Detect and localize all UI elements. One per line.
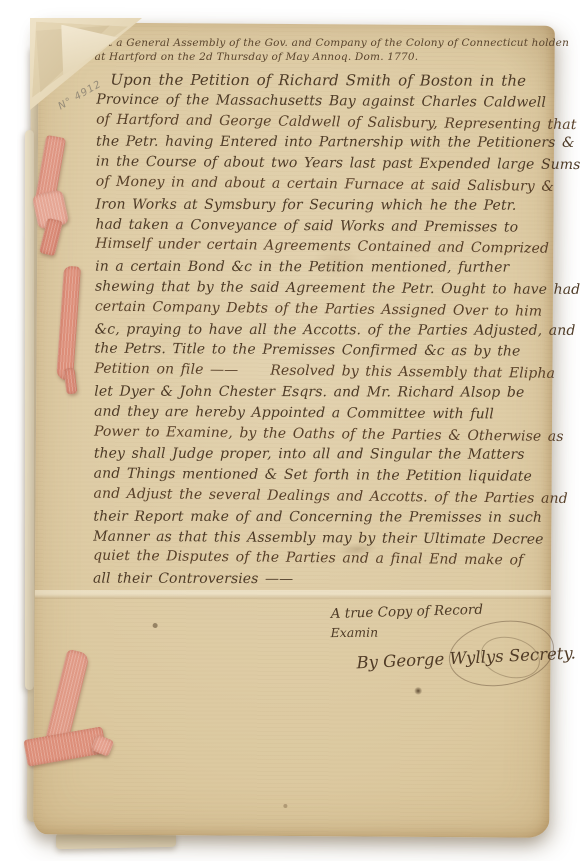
resolution-line: they shall Judge proper, into all and Si…	[94, 444, 550, 466]
attestation: A true Copy of Record Examin By George W…	[330, 602, 544, 668]
petition-line: Iron Works at Symsbury for Securing whic…	[96, 194, 552, 216]
resolution-line: all their Controversies ——	[93, 569, 549, 591]
petition-line: certain Company Debts of the Parties Ass…	[95, 296, 551, 322]
heading-line: At a General Assembly of the Gov. and Co…	[101, 36, 541, 50]
manuscript-page: At a General Assembly of the Gov. and Co…	[33, 22, 555, 838]
manuscript-body: Upon the Petition of Richard Smith of Bo…	[93, 69, 553, 592]
fold-crease	[35, 590, 551, 599]
resolution-line: their Report make of and Concerning the …	[93, 506, 549, 528]
secretary-signature: By George Wyllys Secrety.	[356, 645, 545, 673]
petition-line: in a certain Bond &c in the Petition men…	[95, 257, 551, 279]
ink-spot	[283, 804, 287, 808]
petition-closing: Petition on file ——	[94, 361, 238, 379]
examined-line: Examin	[331, 623, 545, 640]
heading-line: at Hartford on the 2d Thursday of May An…	[95, 50, 541, 64]
photograph: At a General Assembly of the Gov. and Co…	[0, 0, 580, 861]
petition-line: the Petr. having Entered into Partnershi…	[96, 132, 552, 154]
petition-line: of Money in and about a certain Furnace …	[96, 172, 552, 198]
ink-spot	[414, 687, 422, 695]
resolution-line: and Adjust the several Dealings and Acco…	[93, 484, 549, 510]
resolution-line: let Dyer & John Chester Esqrs. and Mr. R…	[94, 382, 550, 404]
petition-line: &c, praying to have all the Accotts. of …	[95, 319, 551, 341]
petition-line: Upon the Petition of Richard Smith of Bo…	[96, 70, 552, 92]
true-copy-line: A true Copy of Record	[331, 600, 545, 622]
resolution-opening: Resolved by this Assembly that Elipha	[270, 363, 555, 382]
ink-spot	[153, 623, 158, 628]
underlying-page-edge-left-inner	[25, 130, 34, 690]
assembly-heading: At a General Assembly of the Gov. and Co…	[101, 35, 541, 66]
